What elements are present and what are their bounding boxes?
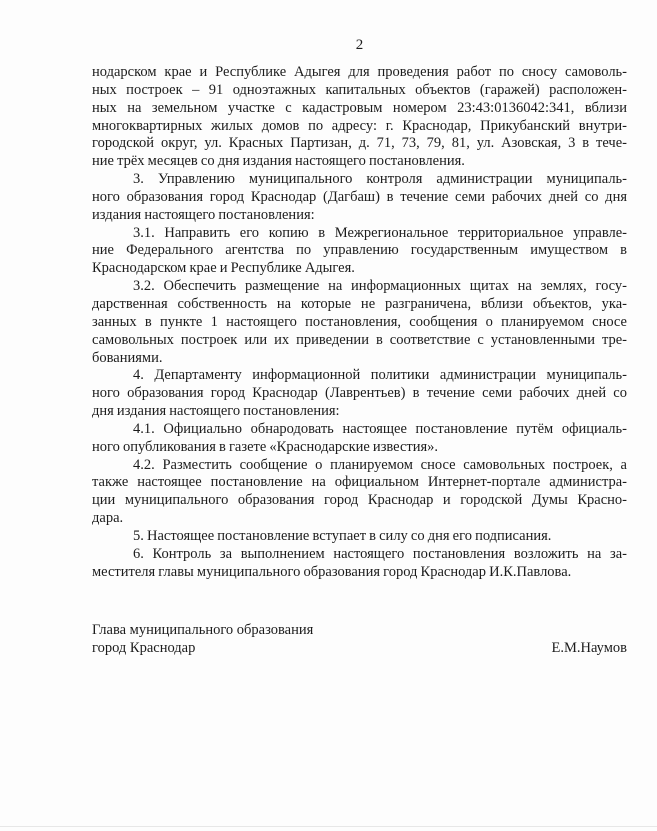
signature-title-line1: Глава муниципального образования (92, 622, 627, 640)
signature-title-line2: город Краснодар (92, 640, 195, 658)
text-line: 4.2. Разместить сообщение о планируемом … (92, 457, 627, 475)
text-line: дара. (92, 510, 627, 528)
text-line: 3. Управлению муниципального контроля ад… (92, 171, 627, 189)
text-line: издания настоящего постановления: (92, 207, 627, 225)
document-body: нодарском крае и Республике Адыгея для п… (92, 64, 627, 581)
text-line: 4.1. Официально обнародовать настоящее п… (92, 421, 627, 439)
text-line: дня издания настоящего постановления: (92, 403, 627, 421)
text-line: нодарском крае и Республике Адыгея для п… (92, 64, 627, 82)
page-bottom-edge (0, 826, 657, 827)
page-number: 2 (92, 36, 627, 54)
text-line: ных построек – 91 одноэтажных капитальны… (92, 82, 627, 100)
text-line: ние трёх месяцев со дня издания настояще… (92, 153, 627, 171)
text-line: дарственная собственность на которые не … (92, 296, 627, 314)
text-line: местителя главы муниципального образован… (92, 564, 627, 582)
text-line: ние Федерального агентства по управлению… (92, 242, 627, 260)
signature-name: Е.М.Наумов (551, 640, 627, 658)
document-page: 2 нодарском крае и Республике Адыгея для… (0, 0, 657, 831)
text-line: ного опубликования в газете «Краснодарск… (92, 439, 627, 457)
text-line: также настоящее постановление на официал… (92, 474, 627, 492)
text-line: самовольных построек или их приведении в… (92, 332, 627, 350)
text-line: многоквартирных жилых домов по адресу: г… (92, 118, 627, 136)
text-line: ции муниципального образования город Кра… (92, 492, 627, 510)
text-line: 3.2. Обеспечить размещение на информацио… (92, 278, 627, 296)
text-line: 3.1. Направить его копию в Межрегиональн… (92, 225, 627, 243)
text-line: бованиями. (92, 350, 627, 368)
text-line: ных на земельном участке с кадастровым н… (92, 100, 627, 118)
text-line: Краснодарском крае и Республике Адыгея. (92, 260, 627, 278)
text-line: 4. Департаменту информационной политики … (92, 367, 627, 385)
text-line: городской округ, ул. Красных Партизан, д… (92, 135, 627, 153)
text-line: ного образования город Краснодар (Лаврен… (92, 385, 627, 403)
text-line: ного образования город Краснодар (Дагбаш… (92, 189, 627, 207)
text-line: 6. Контроль за выполнением настоящего по… (92, 546, 627, 564)
signature-block: Глава муниципального образования город К… (92, 622, 627, 658)
text-line: 5. Настоящее постановление вступает в си… (92, 528, 627, 546)
text-line: занных в пункте 1 настоящего постановлен… (92, 314, 627, 332)
